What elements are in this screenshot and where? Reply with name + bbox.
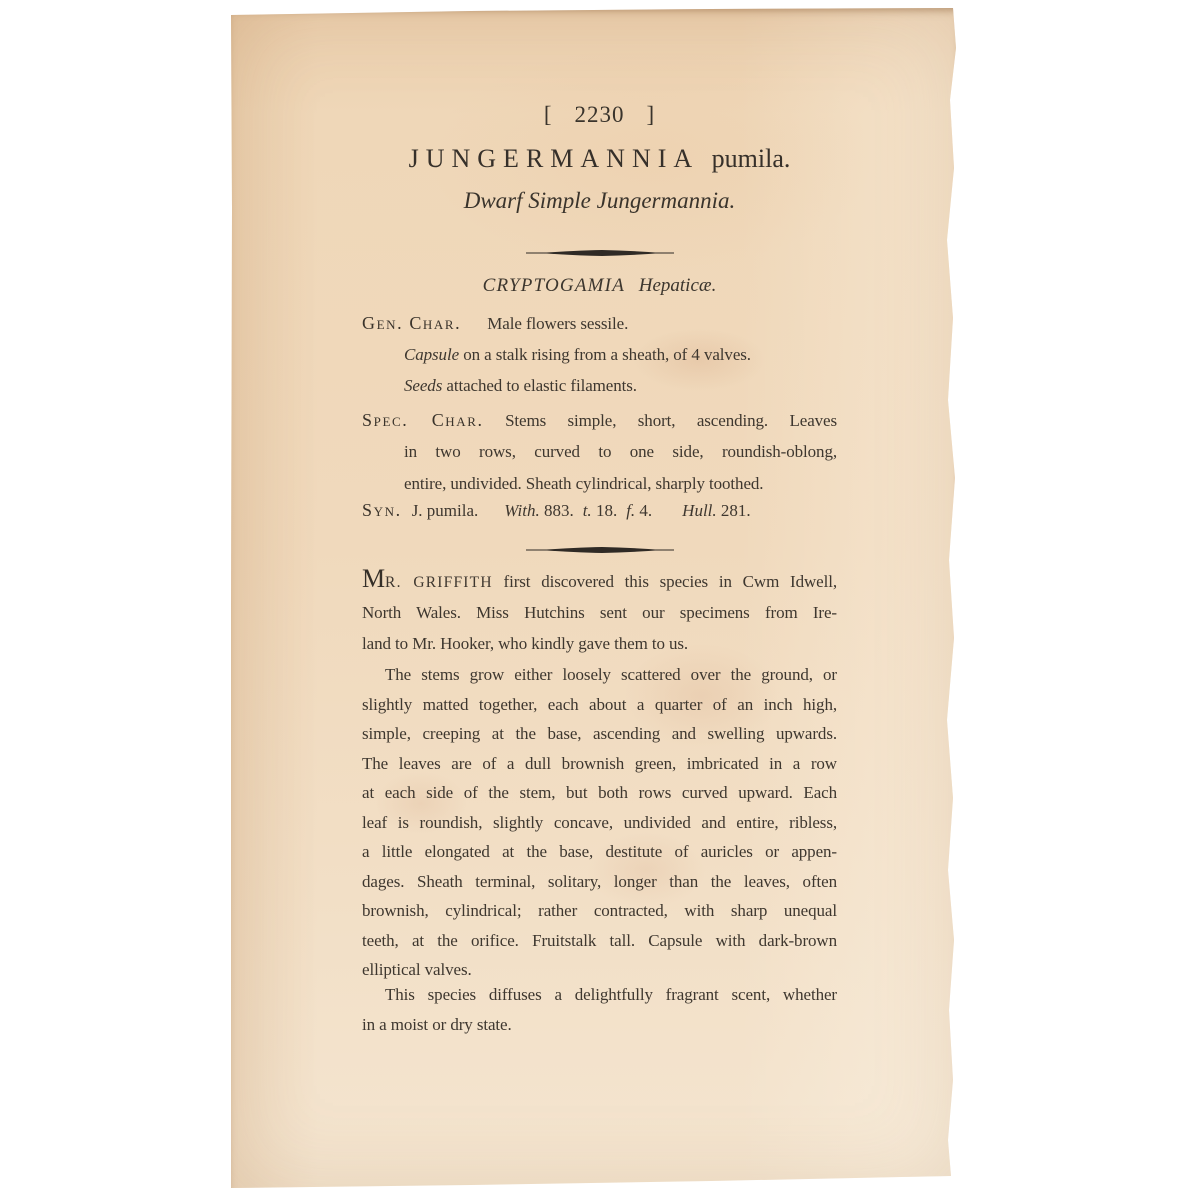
spec-char-label: Spec. Char.: [362, 410, 484, 430]
generic-character-block: Gen. Char.Male flowers sessile. Capsule …: [362, 308, 837, 401]
text-line: Spec. Char. Stems simple, short, ascendi…: [362, 404, 837, 436]
text-line: Seeds attached to elastic filaments.: [362, 370, 837, 401]
ref-withering-num: 883.: [544, 501, 574, 520]
syn-label: Syn.: [362, 500, 402, 520]
text-line: dages. Sheath terminal, solitary, longer…: [362, 867, 837, 897]
text-line: simple, creeping at the base, ascending …: [362, 719, 837, 749]
swelled-rule-icon: [526, 546, 674, 554]
text-line: in two rows, curved to one side, roundis…: [362, 436, 837, 468]
divider-ornament-top: [362, 249, 837, 257]
text-line: MR. GRIFFITH first discovered this speci…: [362, 566, 837, 597]
taxonomy-order: Hepaticæ.: [639, 275, 717, 296]
ref-tab-num: 18.: [596, 501, 617, 520]
gen-char-text: on a stalk rising from a sheath, of 4 va…: [463, 345, 751, 364]
specific-character-block: Spec. Char. Stems simple, short, ascendi…: [362, 404, 837, 500]
paragraph-scent: This species diffuses a delightfully fra…: [362, 980, 837, 1040]
ref-hull: Hull.: [682, 501, 716, 520]
swelled-rule-icon: [526, 249, 674, 257]
text-line: leaf is roundish, slightly concave, undi…: [362, 808, 837, 838]
term-capsule: Capsule: [404, 345, 459, 364]
page-number: 2230: [575, 102, 625, 127]
gen-char-label: Gen. Char.: [362, 313, 461, 333]
spec-char-text: Stems simple, short, ascending. Leaves: [505, 411, 837, 430]
bracket-right: ]: [647, 102, 656, 127]
text-line: This species diffuses a delightfully fra…: [362, 980, 837, 1010]
text-line: teeth, at the orifice. Fruitstalk tall. …: [362, 926, 837, 956]
text-line: Capsule on a stalk rising from a sheath,…: [362, 339, 837, 370]
text-line: brownish, cylindrical; rather contracted…: [362, 896, 837, 926]
text-line: The stems grow either loosely scattered …: [362, 660, 837, 690]
author-name: R. GRIFFITH: [385, 574, 493, 591]
taxonomy-class: CRYPTOGAMIA: [483, 275, 625, 296]
syn-name: J. pumila.: [412, 501, 479, 520]
paragraph-discovery: MR. GRIFFITH first discovered this speci…: [362, 566, 837, 659]
body-text: first discovered this species in Cwm Idw…: [504, 572, 837, 591]
text-line: Gen. Char.Male flowers sessile.: [362, 308, 837, 339]
ref-hull-num: 281.: [721, 501, 751, 520]
ref-withering: With.: [504, 501, 539, 520]
text-line: a little elongated at the base, destitut…: [362, 837, 837, 867]
genus-name: JUNGERMANNIA: [409, 144, 700, 173]
text-line: land to Mr. Hooker, who kindly gave them…: [362, 628, 837, 659]
paragraph-description: The stems grow either loosely scattered …: [362, 660, 837, 985]
page-number-line: [2230]: [362, 102, 837, 128]
text-line: in a moist or dry state.: [362, 1010, 837, 1040]
common-name: Dwarf Simple Jungermannia.: [362, 188, 837, 214]
term-seeds: Seeds: [404, 376, 442, 395]
text-line: North Wales. Miss Hutchins sent our spec…: [362, 597, 837, 628]
taxonomy-line: CRYPTOGAMIA Hepaticæ.: [362, 275, 837, 297]
book-page: [2230] JUNGERMANNIA pumila. Dwarf Simple…: [231, 8, 957, 1188]
species-epithet: pumila.: [712, 144, 791, 173]
ref-fig: f.: [626, 501, 635, 520]
text-line: entire, undivided. Sheath cylindrical, s…: [362, 468, 837, 500]
species-title: JUNGERMANNIA pumila.: [362, 144, 837, 174]
bracket-left: [: [544, 102, 553, 127]
synonym-line: Syn.J. pumila.With. 883.t. 18.f. 4.Hull.…: [362, 500, 837, 521]
gen-char-text: Male flowers sessile.: [487, 314, 628, 333]
ref-tab: t.: [583, 501, 592, 520]
scanned-page-background: [2230] JUNGERMANNIA pumila. Dwarf Simple…: [0, 0, 1200, 1200]
text-line: at each side of the stem, but both rows …: [362, 778, 837, 808]
ref-fig-num: 4.: [639, 501, 652, 520]
text-line: slightly matted together, each about a q…: [362, 690, 837, 720]
text-line: The leaves are of a dull brownish green,…: [362, 749, 837, 779]
drop-cap: M: [362, 564, 385, 593]
divider-ornament-middle: [362, 546, 837, 554]
gen-char-text: attached to elastic filaments.: [446, 376, 637, 395]
